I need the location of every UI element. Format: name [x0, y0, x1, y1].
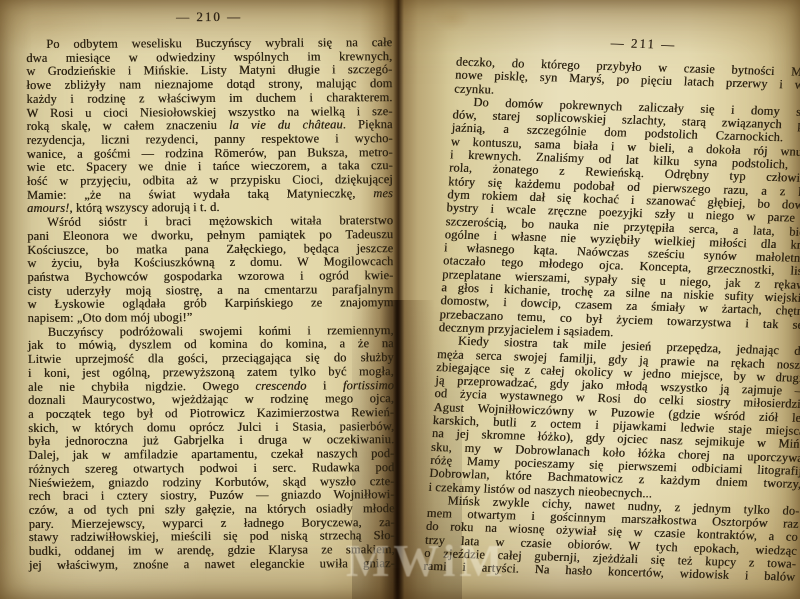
book-page-left: — 210 — Po odbytem weselisku Buczyńscy w… [26, 8, 395, 572]
open-book: — 210 — Po odbytem weselisku Buczyńscy w… [0, 0, 800, 599]
watermark-text: MWiM [346, 534, 507, 587]
page-text-right: deczko, do którego przybyło w czasie byt… [423, 55, 800, 584]
page-number-left: — 210 — [26, 8, 392, 26]
text-line: jej właściwym, znośne a nawet eleganckie… [29, 557, 395, 573]
text-line: w Łyskowie oglądała grób Karpińskiego ze… [28, 296, 394, 312]
page-text-left: Po odbytem weselisku Buczyńscy wybrali s… [26, 36, 395, 572]
book-page-right: — 211 — deczko, do którego przybyło w cz… [405, 30, 800, 584]
page-number-right: — 211 — [457, 31, 800, 58]
